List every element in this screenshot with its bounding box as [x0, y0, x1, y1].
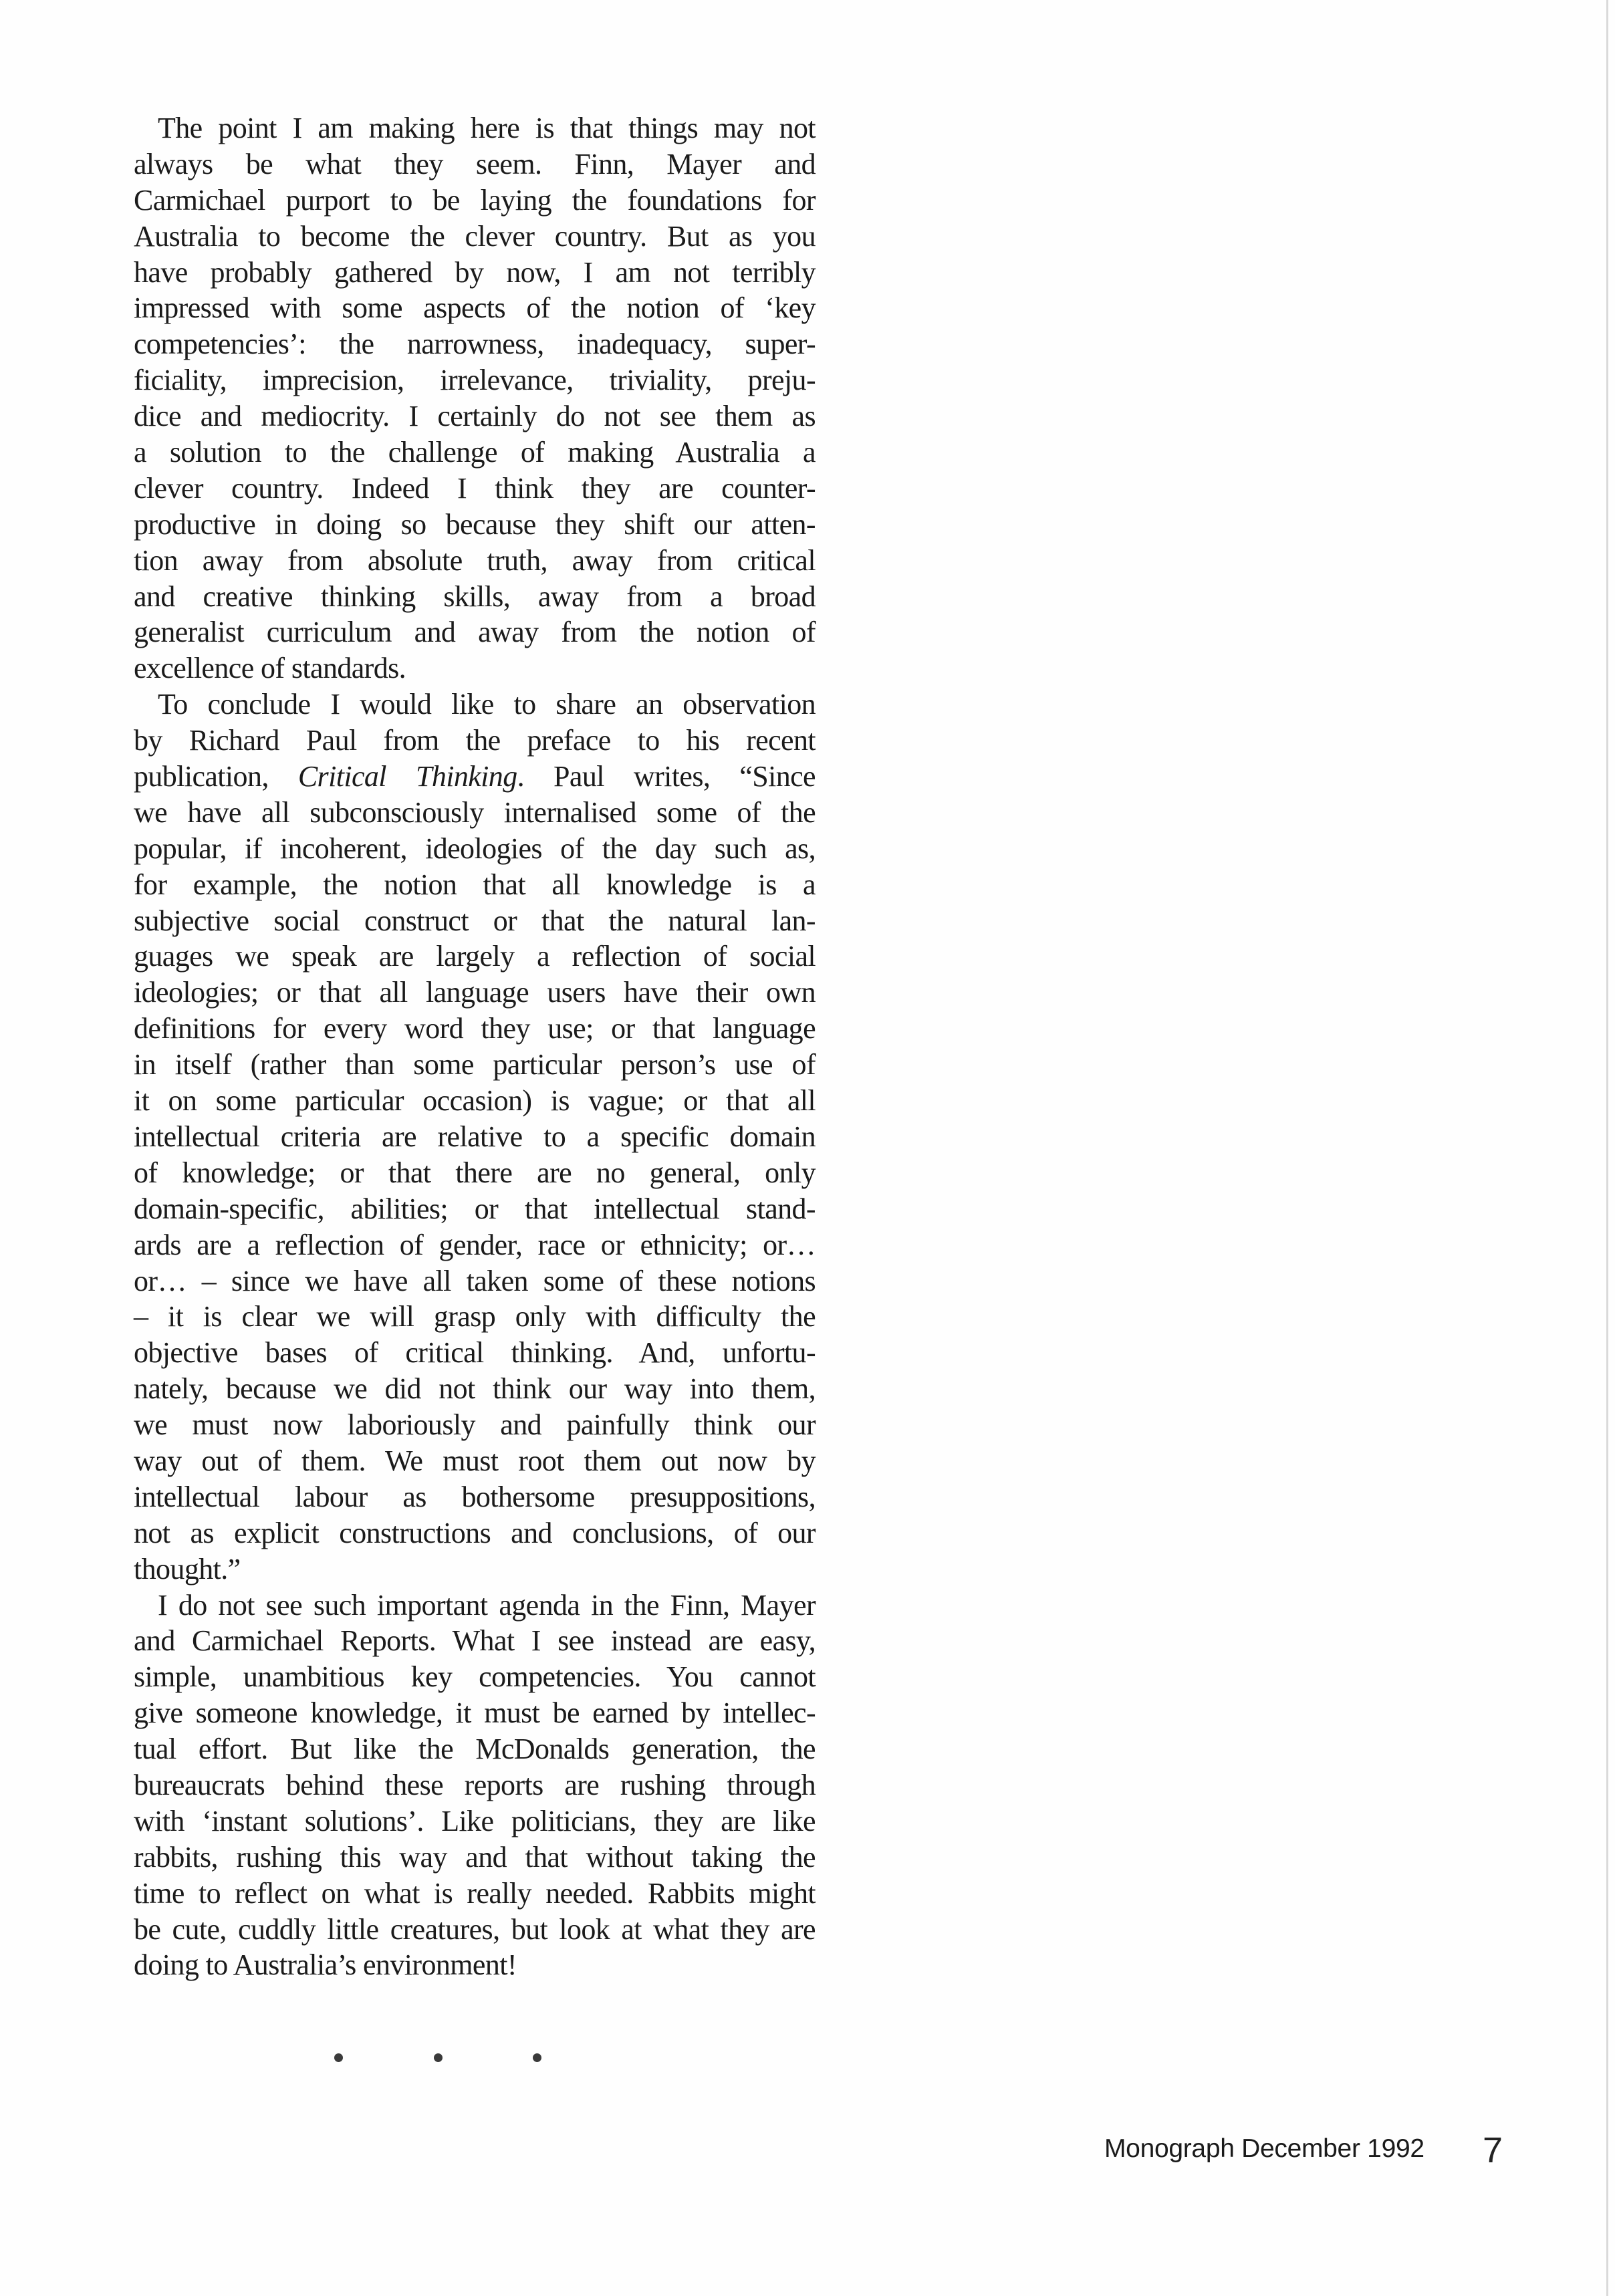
text-line: ficiality, imprecision, irrelevance, tri…: [134, 362, 816, 398]
text-line: impressed with some aspects of the notio…: [134, 290, 816, 326]
text-line: rabbits, rushing this way and that witho…: [134, 1839, 816, 1876]
footer-publication: Monograph December 1992: [1104, 2134, 1424, 2164]
text-line: definitions for every word they use; or …: [134, 1011, 816, 1047]
text-line: Australia to become the clever country. …: [134, 219, 816, 255]
text-line: always be what they seem. Finn, Mayer an…: [134, 146, 816, 182]
section-break: [0, 2053, 802, 2064]
text-line: domain-specific, abilities; or that inte…: [134, 1191, 816, 1227]
bullet-dot-icon: [434, 2053, 443, 2062]
text-line: doing to Australia’s environment!: [134, 1947, 816, 1983]
text-line: and creative thinking skills, away from …: [134, 579, 816, 615]
text-line: tion away from absolute truth, away from…: [134, 543, 816, 579]
text-line: give someone knowledge, it must be earne…: [134, 1695, 816, 1731]
text-line: I do not see such important agenda in th…: [134, 1587, 816, 1624]
text-line: by Richard Paul from the preface to his …: [134, 723, 816, 759]
text-line-with-title: publication, Critical Thinking. Paul wri…: [134, 759, 816, 795]
text-line: The point I am making here is that thing…: [134, 110, 816, 146]
text-line: not as explicit constructions and conclu…: [134, 1515, 816, 1551]
text-line: objective bases of critical thinking. An…: [134, 1335, 816, 1371]
text-line: clever country. Indeed I think they are …: [134, 471, 816, 507]
text-line: intellectual labour as bothersome presup…: [134, 1479, 816, 1515]
text-line: – it is clear we will grasp only with di…: [134, 1299, 816, 1335]
text-line: ideologies; or that all language users h…: [134, 975, 816, 1011]
text-line: and Carmichael Reports. What I see inste…: [134, 1623, 816, 1659]
bullet-dot-icon: [334, 2053, 343, 2062]
text-line: generalist curriculum and away from the …: [134, 614, 816, 650]
text-line: productive in doing so because they shif…: [134, 507, 816, 543]
text-line: have probably gathered by now, I am not …: [134, 255, 816, 291]
paragraph-3: I do not see such important agenda in th…: [134, 1587, 816, 1984]
text-line: thought.”: [134, 1551, 816, 1587]
body-text-column: The point I am making here is that thing…: [134, 110, 816, 1983]
text-line: Carmichael purport to be laying the foun…: [134, 182, 816, 219]
paragraph-2: To conclude I would like to share an obs…: [134, 686, 816, 1587]
text-line: excellence of standards.: [134, 650, 816, 686]
text-line: we must now laboriously and painfully th…: [134, 1407, 816, 1443]
text-line: bureaucrats behind these reports are rus…: [134, 1767, 816, 1803]
text-line: of knowledge; or that there are no gener…: [134, 1155, 816, 1191]
page-number: 7: [1483, 2130, 1503, 2171]
text-line: with ‘instant solutions’. Like politicia…: [134, 1803, 816, 1839]
text-fragment: . Paul writes, “Since: [517, 760, 816, 793]
bullet-dot-icon: [533, 2053, 541, 2062]
text-line: in itself (rather than some particular p…: [134, 1047, 816, 1083]
text-line: or… – since we have all taken some of th…: [134, 1263, 816, 1299]
text-line: intellectual criteria are relative to a …: [134, 1119, 816, 1155]
text-line: competencies’: the narrowness, inadequac…: [134, 326, 816, 362]
book-title: Critical Thinking: [298, 760, 517, 793]
text-fragment: publication,: [134, 760, 298, 793]
page: The point I am making here is that thing…: [0, 0, 1615, 2296]
text-line: simple, unambitious key competencies. Yo…: [134, 1659, 816, 1695]
text-line: subjective social construct or that the …: [134, 903, 816, 939]
text-line: dice and mediocrity. I certainly do not …: [134, 398, 816, 434]
text-line: guages we speak are largely a reflection…: [134, 938, 816, 975]
text-line: a solution to the challenge of making Au…: [134, 434, 816, 471]
text-line: we have all subconsciously internalised …: [134, 795, 816, 831]
text-line: time to reflect on what is really needed…: [134, 1876, 816, 1912]
text-line: way out of them. We must root them out n…: [134, 1443, 816, 1479]
text-line: To conclude I would like to share an obs…: [134, 686, 816, 723]
text-line: tual effort. But like the McDonalds gene…: [134, 1731, 816, 1767]
text-line: nately, because we did not think our way…: [134, 1371, 816, 1407]
text-line: it on some particular occasion) is vague…: [134, 1083, 816, 1119]
paragraph-1: The point I am making here is that thing…: [134, 110, 816, 686]
text-line: popular, if incoherent, ideologies of th…: [134, 831, 816, 867]
text-line: ards are a reflection of gender, race or…: [134, 1227, 816, 1263]
page-edge-line: [1606, 0, 1608, 2296]
text-line: for example, the notion that all knowled…: [134, 867, 816, 903]
text-line: be cute, cuddly little creatures, but lo…: [134, 1912, 816, 1948]
